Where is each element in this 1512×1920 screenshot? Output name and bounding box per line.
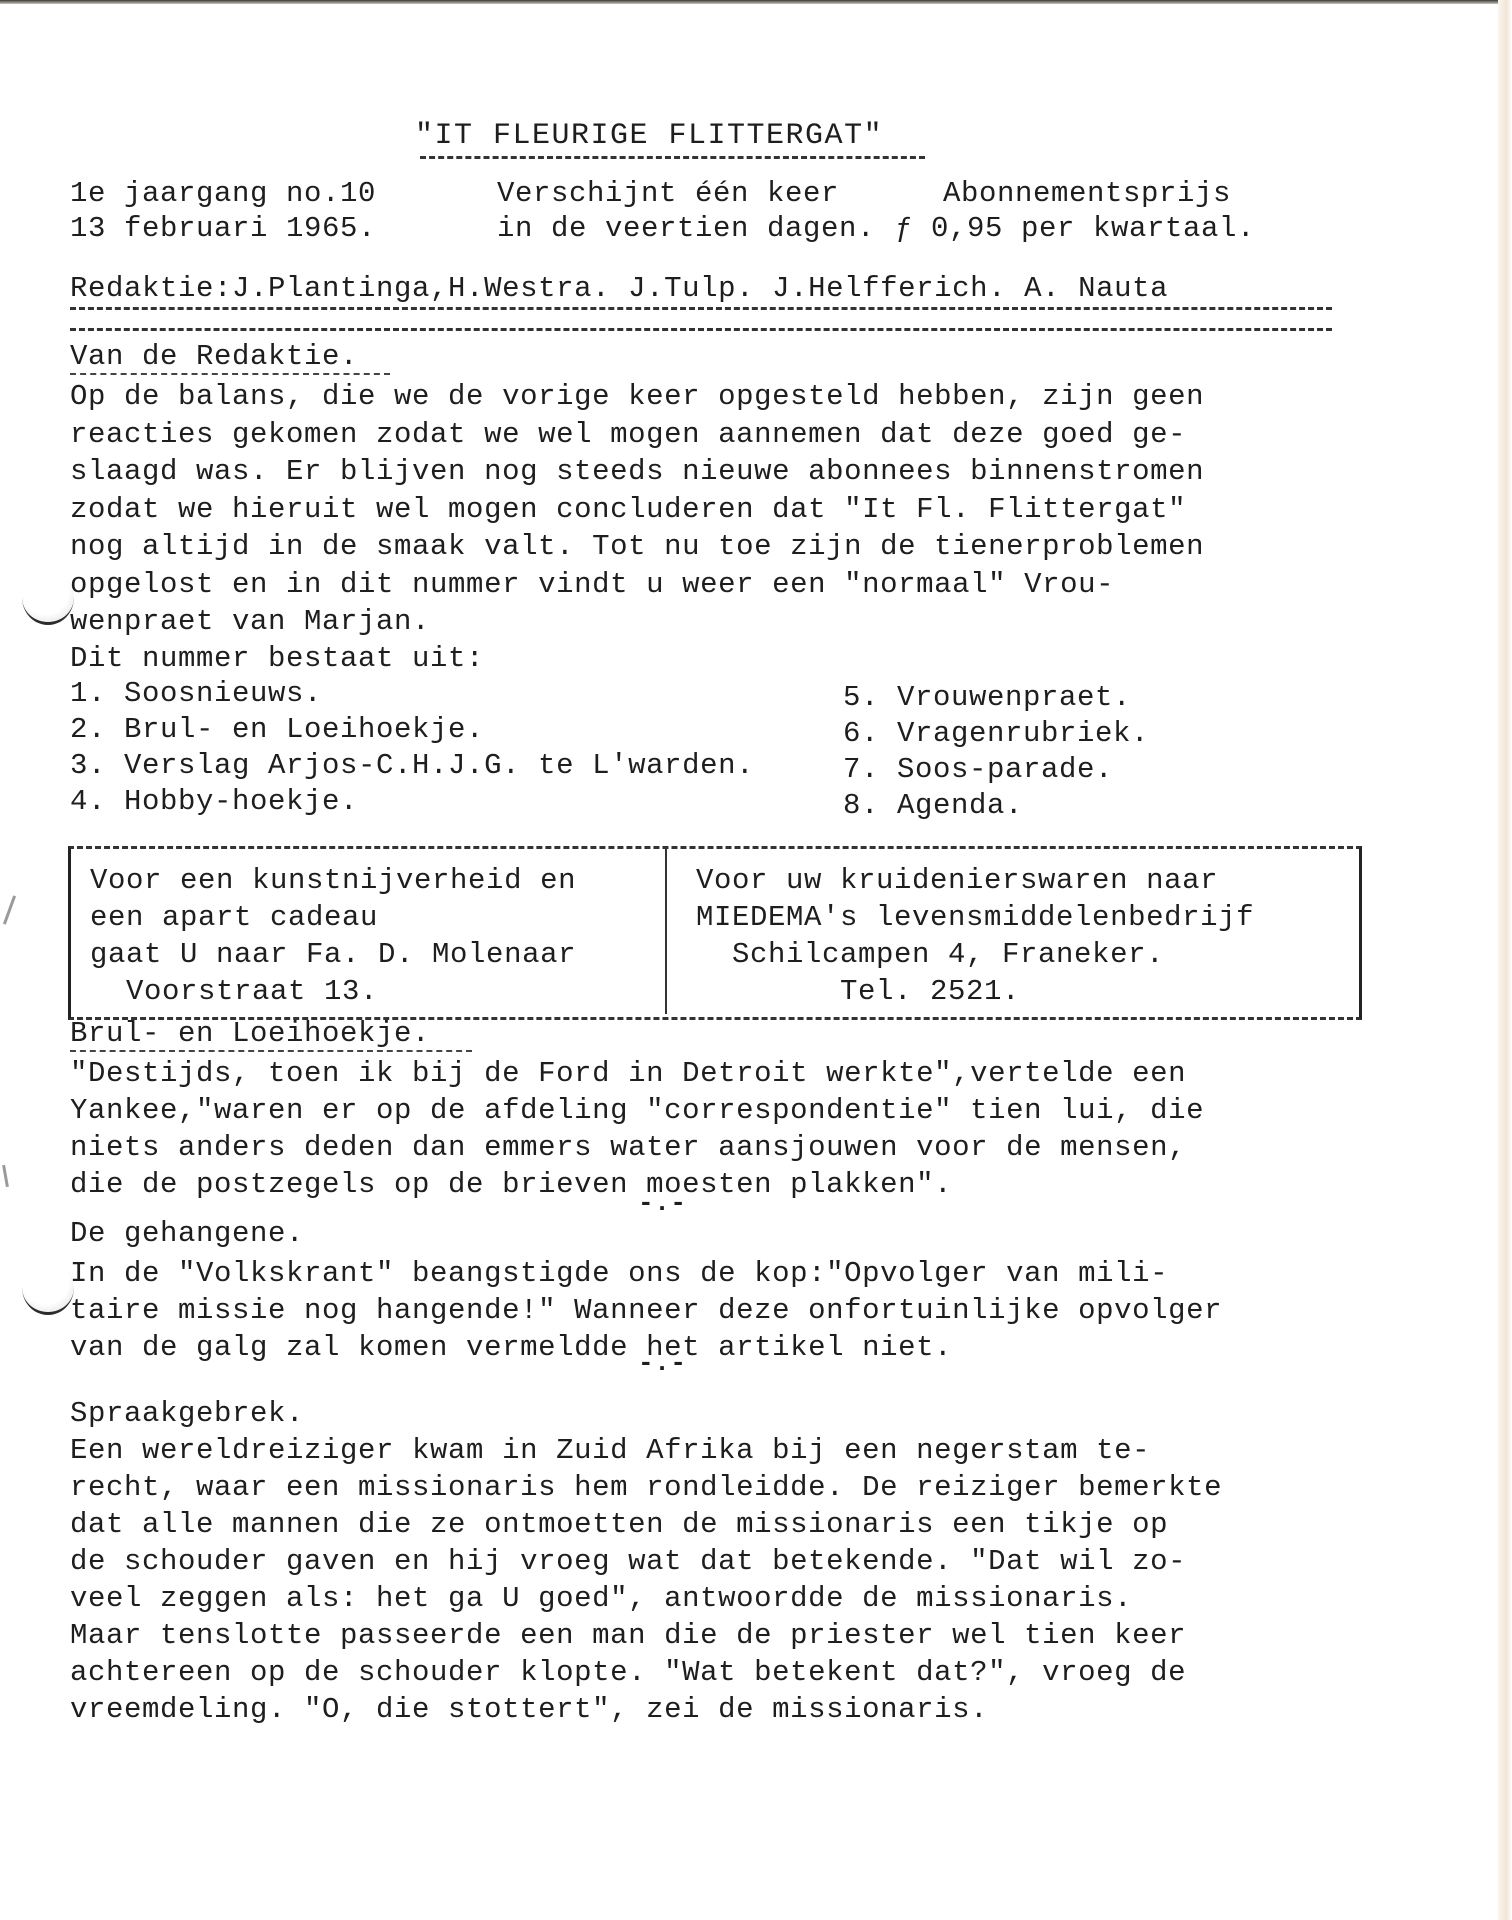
section-heading-brul: Brul- en Loeihoekje.: [70, 1015, 430, 1052]
text-line: Een wereldreiziger kwam in Zuid Afrika b…: [70, 1432, 1150, 1469]
text-line: die de postzegels op de brieven moesten …: [70, 1166, 952, 1203]
contents-item: 5. Vrouwenpraet.: [843, 679, 1131, 716]
advertisement-divider: [665, 849, 667, 1014]
section-heading-editorial: Van de Redaktie.: [70, 338, 358, 375]
heading-underline: [70, 1050, 472, 1052]
text-line: niets anders deden dan emmers water aans…: [70, 1129, 1186, 1166]
title-underline: [420, 156, 925, 159]
text-line: recht, waar een missionaris hem rondleid…: [70, 1469, 1222, 1506]
text-line: slaagd was. Er blijven nog steeds nieuwe…: [70, 453, 1204, 490]
text-line: taire missie nog hangende!" Wanneer deze…: [70, 1292, 1222, 1329]
text-line: wenpraet van Marjan.: [70, 603, 430, 640]
text-line: de schouder gaven en hij vroeg wat dat b…: [70, 1543, 1186, 1580]
contents-intro: Dit nummer bestaat uit:: [70, 640, 484, 677]
frequency-line-1: Verschijnt één keer: [497, 175, 839, 212]
editors-underline-2: [70, 328, 1332, 331]
punch-hole-top: [22, 570, 74, 625]
contents-item: 1. Soosnieuws.: [70, 675, 322, 712]
text-line: van de galg zal komen vermeldde het arti…: [70, 1329, 952, 1366]
text-line: Yankee,"waren er op de afdeling "corresp…: [70, 1092, 1204, 1129]
volume-number: 1e jaargang no.10: [70, 175, 376, 212]
text-line: In de "Volkskrant" beangstigde ons de ko…: [70, 1255, 1168, 1292]
text-line: opgelost en in dit nummer vindt u weer e…: [70, 566, 1114, 603]
contents-item: 6. Vragenrubriek.: [843, 715, 1149, 752]
contents-item: 8. Agenda.: [843, 787, 1023, 824]
edge-mark: [2, 1165, 9, 1187]
ad-line: Tel. 2521.: [696, 973, 1020, 1010]
text-line: Maar tenslotte passeerde een man die de …: [70, 1617, 1186, 1654]
text-line: "Destijds, toen ik bij de Ford in Detroi…: [70, 1055, 1186, 1092]
text-line: achtereen op de schouder klopte. "Wat be…: [70, 1654, 1186, 1691]
edge-mark: [3, 895, 16, 924]
subscription-price: ƒ 0,95 per kwartaal.: [895, 210, 1255, 247]
text-line: dat alle mannen die ze ontmoetten de mis…: [70, 1506, 1168, 1543]
ad-line: Voor uw kruidenierswaren naar: [696, 862, 1218, 899]
editors-underline-1: [70, 307, 1332, 310]
text-line: veel zeggen als: het ga U goed", antwoor…: [70, 1580, 1132, 1617]
ad-line: gaat U naar Fa. D. Molenaar: [90, 936, 576, 973]
heading-underline: [70, 373, 390, 375]
text-line: nog altijd in de smaak valt. Tot nu toe …: [70, 528, 1204, 565]
separator: -.-: [638, 1345, 687, 1382]
issue-date: 13 februari 1965.: [70, 210, 376, 247]
ad-line: MIEDEMA's levensmiddelenbedrijf: [696, 899, 1254, 936]
ad-line: Voorstraat 13.: [90, 973, 378, 1010]
text-line: Op de balans, die we de vorige keer opge…: [70, 378, 1204, 415]
page-edge-top: [0, 0, 1512, 4]
text-line: vreemdeling. "O, die stottert", zei de m…: [70, 1691, 988, 1728]
text-line: reacties gekomen zodat we wel mogen aann…: [70, 416, 1186, 453]
page-edge-right: [1498, 0, 1512, 1920]
ad-line: een apart cadeau: [90, 899, 378, 936]
contents-item: 7. Soos-parade.: [843, 751, 1113, 788]
text-line: zodat we hieruit wel mogen concluderen d…: [70, 491, 1186, 528]
ad-line: Voor een kunstnijverheid en: [90, 862, 576, 899]
ad-line: Schilcampen 4, Franeker.: [696, 936, 1164, 973]
section-heading-gehangene: De gehangene.: [70, 1215, 304, 1252]
separator: -.-: [638, 1185, 687, 1222]
newsletter-title: "IT FLEURIGE FLITTERGAT": [415, 118, 883, 155]
editors-line: Redaktie:J.Plantinga,H.Westra. J.Tulp. J…: [70, 270, 1168, 307]
punch-hole-bottom: [22, 1260, 74, 1315]
contents-item: 3. Verslag Arjos-C.H.J.G. te L'warden.: [70, 747, 754, 784]
section-heading-spraakgebrek: Spraakgebrek.: [70, 1395, 304, 1432]
contents-item: 4. Hobby-hoekje.: [70, 783, 358, 820]
frequency-line-2: in de veertien dagen.: [497, 210, 875, 247]
contents-item: 2. Brul- en Loeihoekje.: [70, 711, 484, 748]
subscription-price-label: Abonnementsprijs: [943, 175, 1231, 212]
